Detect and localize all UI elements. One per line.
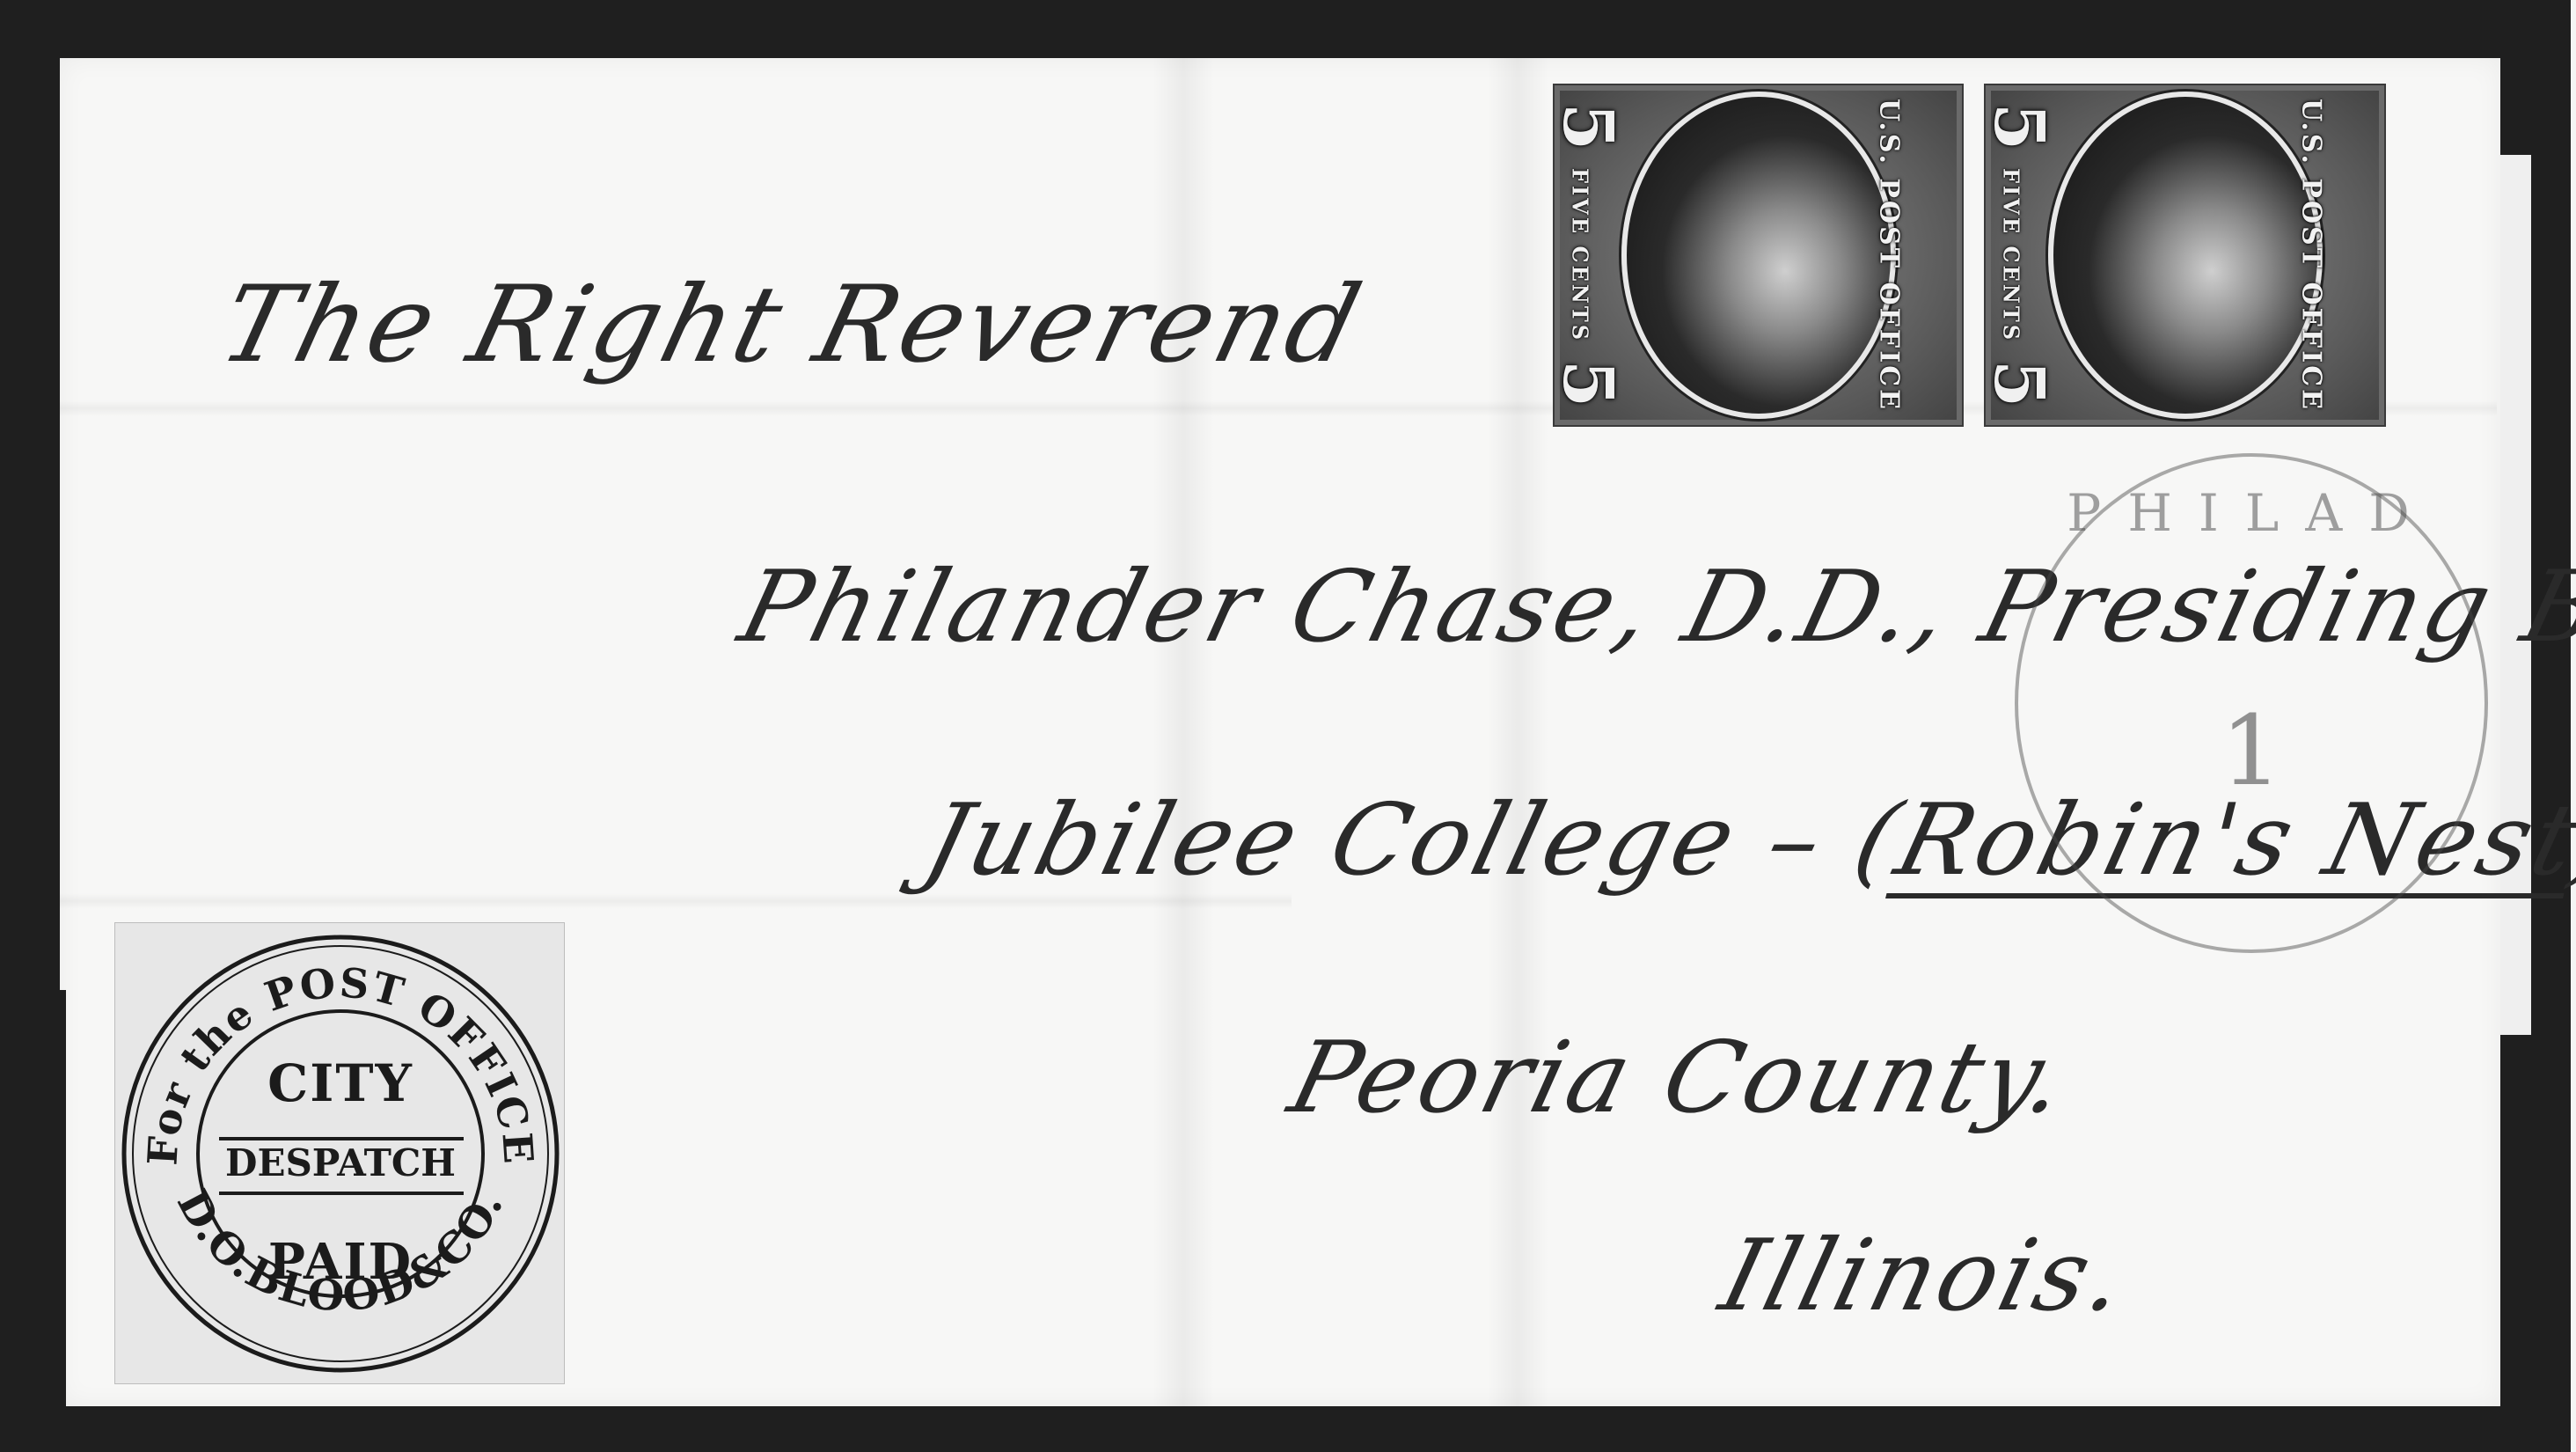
local-post-stamp: For the POST OFFICE D.O.BLOOD&CO. CITY D…: [114, 922, 565, 1384]
stamp-denomination-text: FIVE CENTS: [1999, 168, 2024, 342]
stamp-inscription: U.S. POST OFFICE: [2296, 99, 2327, 412]
postmark-town: PHILAD: [2067, 483, 2435, 543]
address-line-state: Illinois.: [1710, 1219, 2141, 1333]
stamp-value: 5: [1553, 103, 1621, 150]
postage-stamp: 5 5 U.S. POST OFFICE FIVE CENTS: [1984, 84, 2386, 427]
circular-postmark: PHILAD 1: [2015, 453, 2488, 953]
stamp-denomination-text: FIVE CENTS: [1568, 168, 1593, 342]
address-line-county: Peoria County.: [1279, 1021, 2081, 1135]
despatch-rule-top: [219, 1137, 464, 1140]
postage-stamp: 5 5 U.S. POST OFFICE FIVE CENTS: [1553, 84, 1964, 427]
portrait-oval: [1621, 92, 1896, 419]
local-stamp-despatch: DESPATCH: [115, 1141, 566, 1184]
fold-line-vertical: [1153, 58, 1214, 1406]
stamp-value: 5: [1984, 103, 2053, 150]
scan-edge: [2571, 0, 2576, 1452]
local-stamp-paid: PAID: [115, 1233, 566, 1291]
address-line-salutation: The Right Reverend: [209, 264, 1375, 386]
stamp-value: 5: [1553, 360, 1621, 407]
stamp-inscription: U.S. POST OFFICE: [1874, 99, 1905, 412]
postmark-day: 1: [2221, 694, 2282, 807]
despatch-rule-bottom: [219, 1192, 464, 1195]
portrait-oval: [2048, 92, 2323, 419]
stamp-value: 5: [1984, 360, 2053, 407]
fold-line-vertical: [1487, 58, 1548, 1406]
paper-edge-notch: [53, 990, 66, 1406]
local-stamp-city: CITY: [115, 1053, 566, 1113]
